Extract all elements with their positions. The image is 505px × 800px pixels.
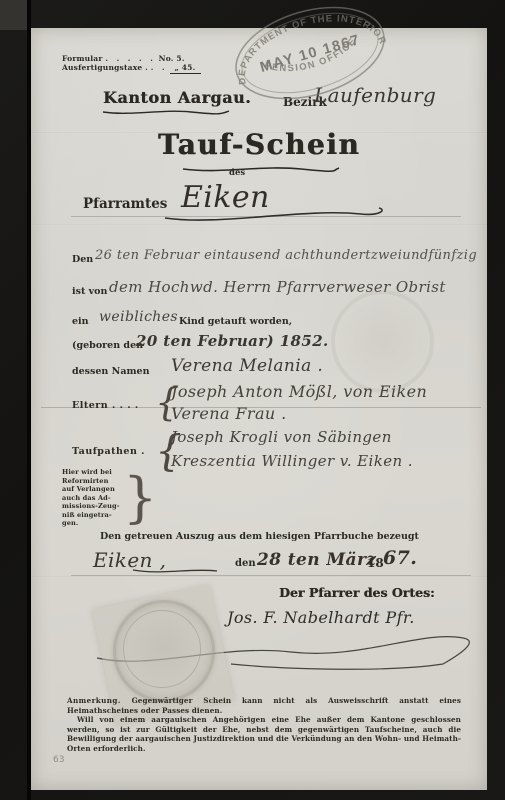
taxe-dots: . . — [151, 63, 168, 72]
embossed-seal-inner-ring — [123, 610, 201, 688]
formular-dots: . . . . . — [105, 54, 156, 63]
taxe-label: Ausfertigungstaxe . — [62, 63, 148, 72]
kanton-title: Kanton Aargau. — [103, 88, 251, 107]
archive-page-mark: 63 — [53, 755, 64, 765]
certificate-paper: Formular . . . . . No. 5. Ausfertigungst… — [31, 28, 487, 790]
attest-den-label: den — [235, 558, 256, 569]
godfather-script: Joseph Krogli von Säbingen — [171, 428, 392, 446]
pfarramt-label: Pfarramtes — [83, 196, 167, 212]
child-name-script: Verena Melania . — [171, 356, 323, 376]
geboren-script: 20 ten Februar) 1852. — [136, 332, 329, 350]
formular-row: Formular . . . . . No. 5. — [62, 54, 185, 63]
title-underline-flourish — [181, 164, 341, 176]
attest-line: Den getreuen Auszug aus dem hiesigen Pfa… — [100, 531, 419, 542]
birthdate-script: 26 ten Februar eintausend achthundertzwe… — [95, 248, 477, 263]
kind-label: Kind getauft worden, — [179, 316, 292, 327]
pfarramt-flourish — [161, 206, 391, 226]
anmerkung-para2: Will von einem aargauischen Angehörigen … — [67, 715, 461, 753]
photo-corner-patch — [0, 0, 27, 30]
father-script: Joseph Anton Mößl, von Eiken — [171, 382, 427, 401]
kanton-underline-flourish — [101, 108, 231, 118]
formular-value: No. 5. — [159, 54, 185, 63]
attest-year-printed: 18 — [367, 556, 384, 570]
formular-label: Formular — [62, 54, 103, 63]
title-des: des — [229, 168, 245, 178]
anmerkung-label: Anmerkung. — [67, 696, 121, 705]
place-flourish — [131, 566, 221, 576]
anmerkung-para1: Gegenwärtiger Schein kann nicht als Ausw… — [67, 696, 461, 715]
attest-date-script: 28 ten März — [257, 550, 376, 570]
pfarrer-des-ortes-label: Der Pfarrer des Ortes: — [279, 585, 435, 600]
margin-note-brace: } — [123, 466, 158, 529]
istvon-label: ist von — [72, 286, 107, 297]
geboren-label: (geboren den — [72, 340, 143, 351]
mother-script: Verena Frau . — [171, 404, 287, 423]
seal-bleedthrough — [331, 290, 434, 393]
taufpathen-label: Taufpathen . — [72, 446, 145, 457]
taxe-value: „ 45. — [170, 63, 201, 74]
anmerkung-block: Anmerkung. Gegenwärtiger Schein kann nic… — [67, 696, 461, 753]
pfarrer-script: dem Hochwd. Herrn Pfarrverweser Obrist — [109, 278, 446, 296]
fold-crease — [31, 576, 487, 578]
attest-year-script: 67. — [383, 547, 417, 569]
reformed-margin-note: Hier wird bei Reformirten auf Verlangen … — [62, 468, 126, 528]
name-label: dessen Namen — [72, 366, 149, 377]
eltern-label: Eltern . . . . — [72, 400, 139, 411]
taxe-row: Ausfertigungstaxe . . . „ 45. — [62, 63, 201, 72]
photographed-document: Formular . . . . . No. 5. Ausfertigungst… — [0, 0, 505, 800]
godmother-script: Kreszentia Willinger v. Eiken . — [171, 452, 413, 470]
gender-script: weibliches — [99, 309, 178, 325]
den-label: Den — [72, 254, 93, 265]
document-title: Tauf-Schein — [31, 128, 487, 161]
ein-label: ein — [72, 316, 89, 327]
